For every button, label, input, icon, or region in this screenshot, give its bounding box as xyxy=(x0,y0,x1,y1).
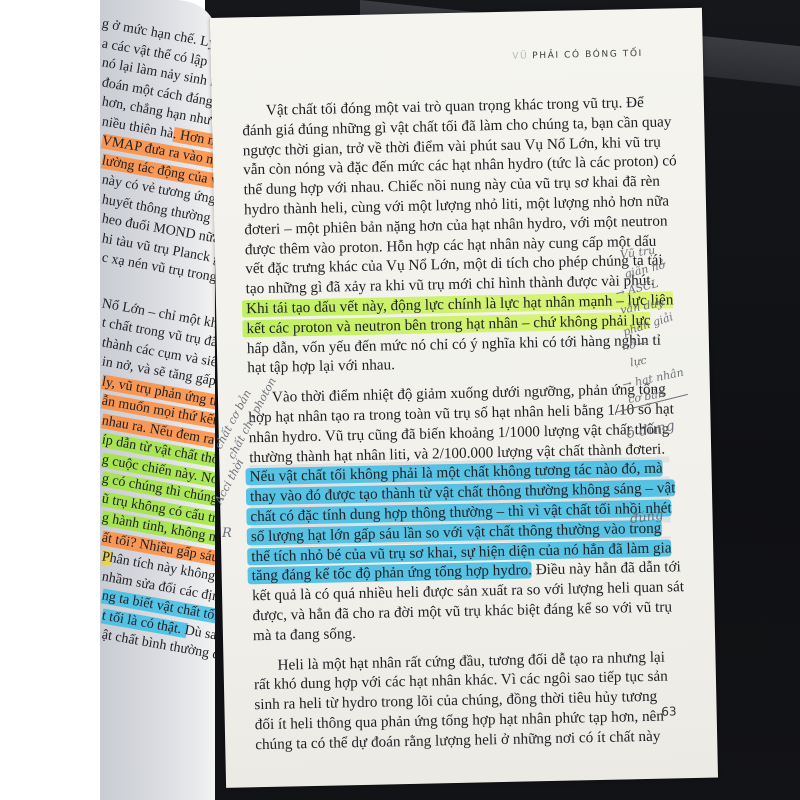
page-number: 63 xyxy=(661,704,677,718)
running-head: VŨPHẢI CÓ BÓNG TỐI xyxy=(512,49,643,62)
left-page-text: g ở mức hạn chế. Lý tha các vật thể có l… xyxy=(100,14,215,645)
text: Điều này hẳn đã dẫn tới xyxy=(532,559,681,579)
paragraph: Vào thời điểm nhiệt độ giảm xuống dưới n… xyxy=(248,379,688,645)
paragraph: Heli là một hạt nhân rất cứng đầu, tương… xyxy=(253,647,690,755)
text: mà ta đang sống. xyxy=(253,625,356,644)
running-head-faint: VŨ xyxy=(512,51,528,61)
left-page: g ở mức hạn chế. Lý tha các vật thể có l… xyxy=(100,0,215,800)
paragraph: Vật chất tối đóng một vai trò quan trọng… xyxy=(242,92,683,378)
running-head-title: PHẢI CÓ BÓNG TỐI xyxy=(532,49,643,61)
book-photo: g ở mức hạn chế. Lý tha các vật thể có l… xyxy=(0,0,800,800)
text: hạt tập hợp lại với nhau. xyxy=(247,357,395,377)
handwriting-note: R xyxy=(222,526,232,541)
body-text: Vật chất tối đóng một vai trò quan trọng… xyxy=(242,92,691,764)
